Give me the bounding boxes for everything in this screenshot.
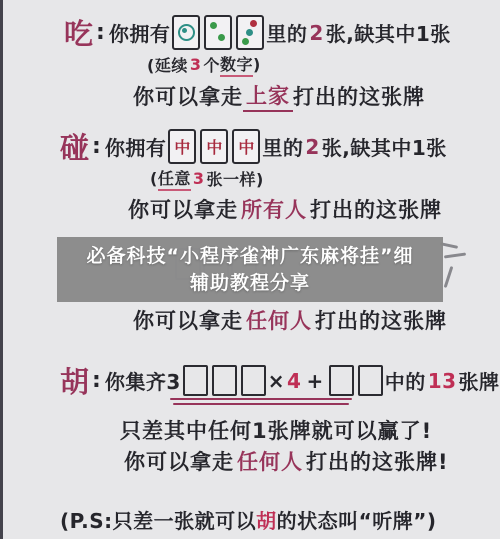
chi-note-open: (延续 <box>147 53 188 76</box>
blank-tile-box-icon <box>212 365 237 396</box>
peng-line1-suffix: 张,缺其中1张 <box>322 132 447 161</box>
hu-mult-sign: × <box>268 369 285 393</box>
chi-rule-line: 吃 : 你拥有 里的 2 张,缺其中1张 <box>64 12 451 53</box>
hu-double-underline-bottom <box>173 403 349 405</box>
hu-rule-line: 胡 : 你集齐3 × 4 + 中的 13 张牌 <box>60 360 500 401</box>
caption-line1: 必备科技“小程序雀神广东麻将挂”细 <box>87 243 414 270</box>
blank-tile-box-icon <box>358 365 383 396</box>
chi-note-underlined: 数字 <box>220 52 253 77</box>
chi-count: 2 <box>307 21 325 45</box>
hu-plus-sign: + <box>303 369 326 393</box>
chi-line1-suffix: 张,缺其中1张 <box>326 18 451 47</box>
ps-open: (P.S:只差一张就可以 <box>60 505 256 534</box>
peng-action-line: 你可以拿走 所有人 打出的这张牌 <box>128 194 442 224</box>
peng-note-line: ( 任意 3 张一样) <box>150 166 264 191</box>
blank-tile-box-icon <box>241 365 266 396</box>
chi-note-mid: 个 <box>203 53 220 76</box>
peng-note-underlined: 任意 <box>158 166 191 191</box>
peng-header: 碰 <box>60 126 90 167</box>
caption-banner: 必备科技“小程序雀神广东麻将挂”细 辅助教程分享 <box>57 237 443 302</box>
hu-line1-tail: 张牌 <box>459 366 500 395</box>
hu-colon: : <box>92 368 101 393</box>
peng-action-suffix: 打出的这张牌 <box>310 194 442 224</box>
blank-tile-box-icon <box>183 365 208 396</box>
gang-action-suffix: 打出的这张牌 <box>315 305 447 335</box>
blank-tile-box-icon <box>329 365 354 396</box>
peng-line1-prefix: 你拥有 <box>105 132 167 161</box>
ps-hu-em: 胡 <box>256 505 277 534</box>
hu-header: 胡 <box>60 360 90 401</box>
gang-action-target: 任何人 <box>243 305 315 335</box>
hu-num13: 13 <box>426 369 459 393</box>
caption-line2: 辅助教程分享 <box>190 270 310 297</box>
peng-action-target: 所有人 <box>238 194 310 224</box>
ps-close: 的状态叫“听牌”) <box>277 505 437 534</box>
chi-note-num: 3 <box>188 55 204 74</box>
mahjong-tile-zhong-icon: 中 <box>232 129 260 164</box>
hu-win-line: 只差其中任何1张牌就可以赢了! <box>120 415 432 445</box>
chi-action-prefix: 你可以拿走 <box>133 81 243 111</box>
ps-line: (P.S:只差一张就可以 胡 的状态叫“听牌”) <box>60 505 437 534</box>
gang-action-prefix: 你可以拿走 <box>133 305 243 335</box>
hu-win-text: 只差其中任何1张牌就可以赢了! <box>120 415 432 445</box>
chi-header: 吃 <box>64 12 94 53</box>
chi-action-target: 上家 <box>243 80 293 112</box>
peng-count: 2 <box>303 135 321 159</box>
mahjong-tile-3dot-icon <box>236 15 264 50</box>
chi-action-line: 你可以拿走 上家 打出的这张牌 <box>133 80 425 112</box>
hu-action-suffix: 打出的这张牌! <box>306 446 449 476</box>
peng-note-close: 张一样) <box>206 167 263 190</box>
chi-colon: : <box>96 20 105 45</box>
chi-action-suffix: 打出的这张牌 <box>293 81 425 111</box>
hu-line1-mid: 中的 <box>385 366 426 395</box>
hu-action-target: 任何人 <box>234 446 306 476</box>
mahjong-tile-zhong-icon: 中 <box>168 129 196 164</box>
gang-action-line: 你可以拿走 任何人 打出的这张牌 <box>133 305 447 335</box>
hu-action-line: 你可以拿走 任何人 打出的这张牌! <box>124 446 449 476</box>
chi-note-close: ) <box>253 55 261 74</box>
hu-num4: 4 <box>285 369 303 393</box>
mahjong-tile-zhong-icon: 中 <box>200 129 228 164</box>
chi-line1-prefix: 你拥有 <box>109 18 171 47</box>
peng-line1-mid: 里的 <box>262 132 303 161</box>
chi-line1-mid: 里的 <box>266 18 307 47</box>
mahjong-tile-2dot-icon <box>204 15 232 50</box>
peng-rule-line: 碰 : 你拥有 中 中 中 里的 2 张,缺其中1张 <box>60 126 447 167</box>
hu-double-underline-top <box>170 398 352 400</box>
peng-colon: : <box>92 134 101 159</box>
chi-note-line: (延续 3 个 数字 ) <box>147 52 261 77</box>
peng-note-open: ( <box>150 169 158 188</box>
mahjong-tile-1dot-icon <box>172 15 200 50</box>
hu-action-prefix: 你可以拿走 <box>124 446 234 476</box>
peng-action-prefix: 你可以拿走 <box>128 194 238 224</box>
left-edge-strip <box>0 0 3 539</box>
handwritten-notes-page: 吃 : 你拥有 里的 2 张,缺其中1张 (延续 3 个 数字 ) 你可以拿走 … <box>0 0 500 539</box>
peng-note-num: 3 <box>191 169 207 188</box>
hu-line1-a: 你集齐3 <box>105 366 181 395</box>
